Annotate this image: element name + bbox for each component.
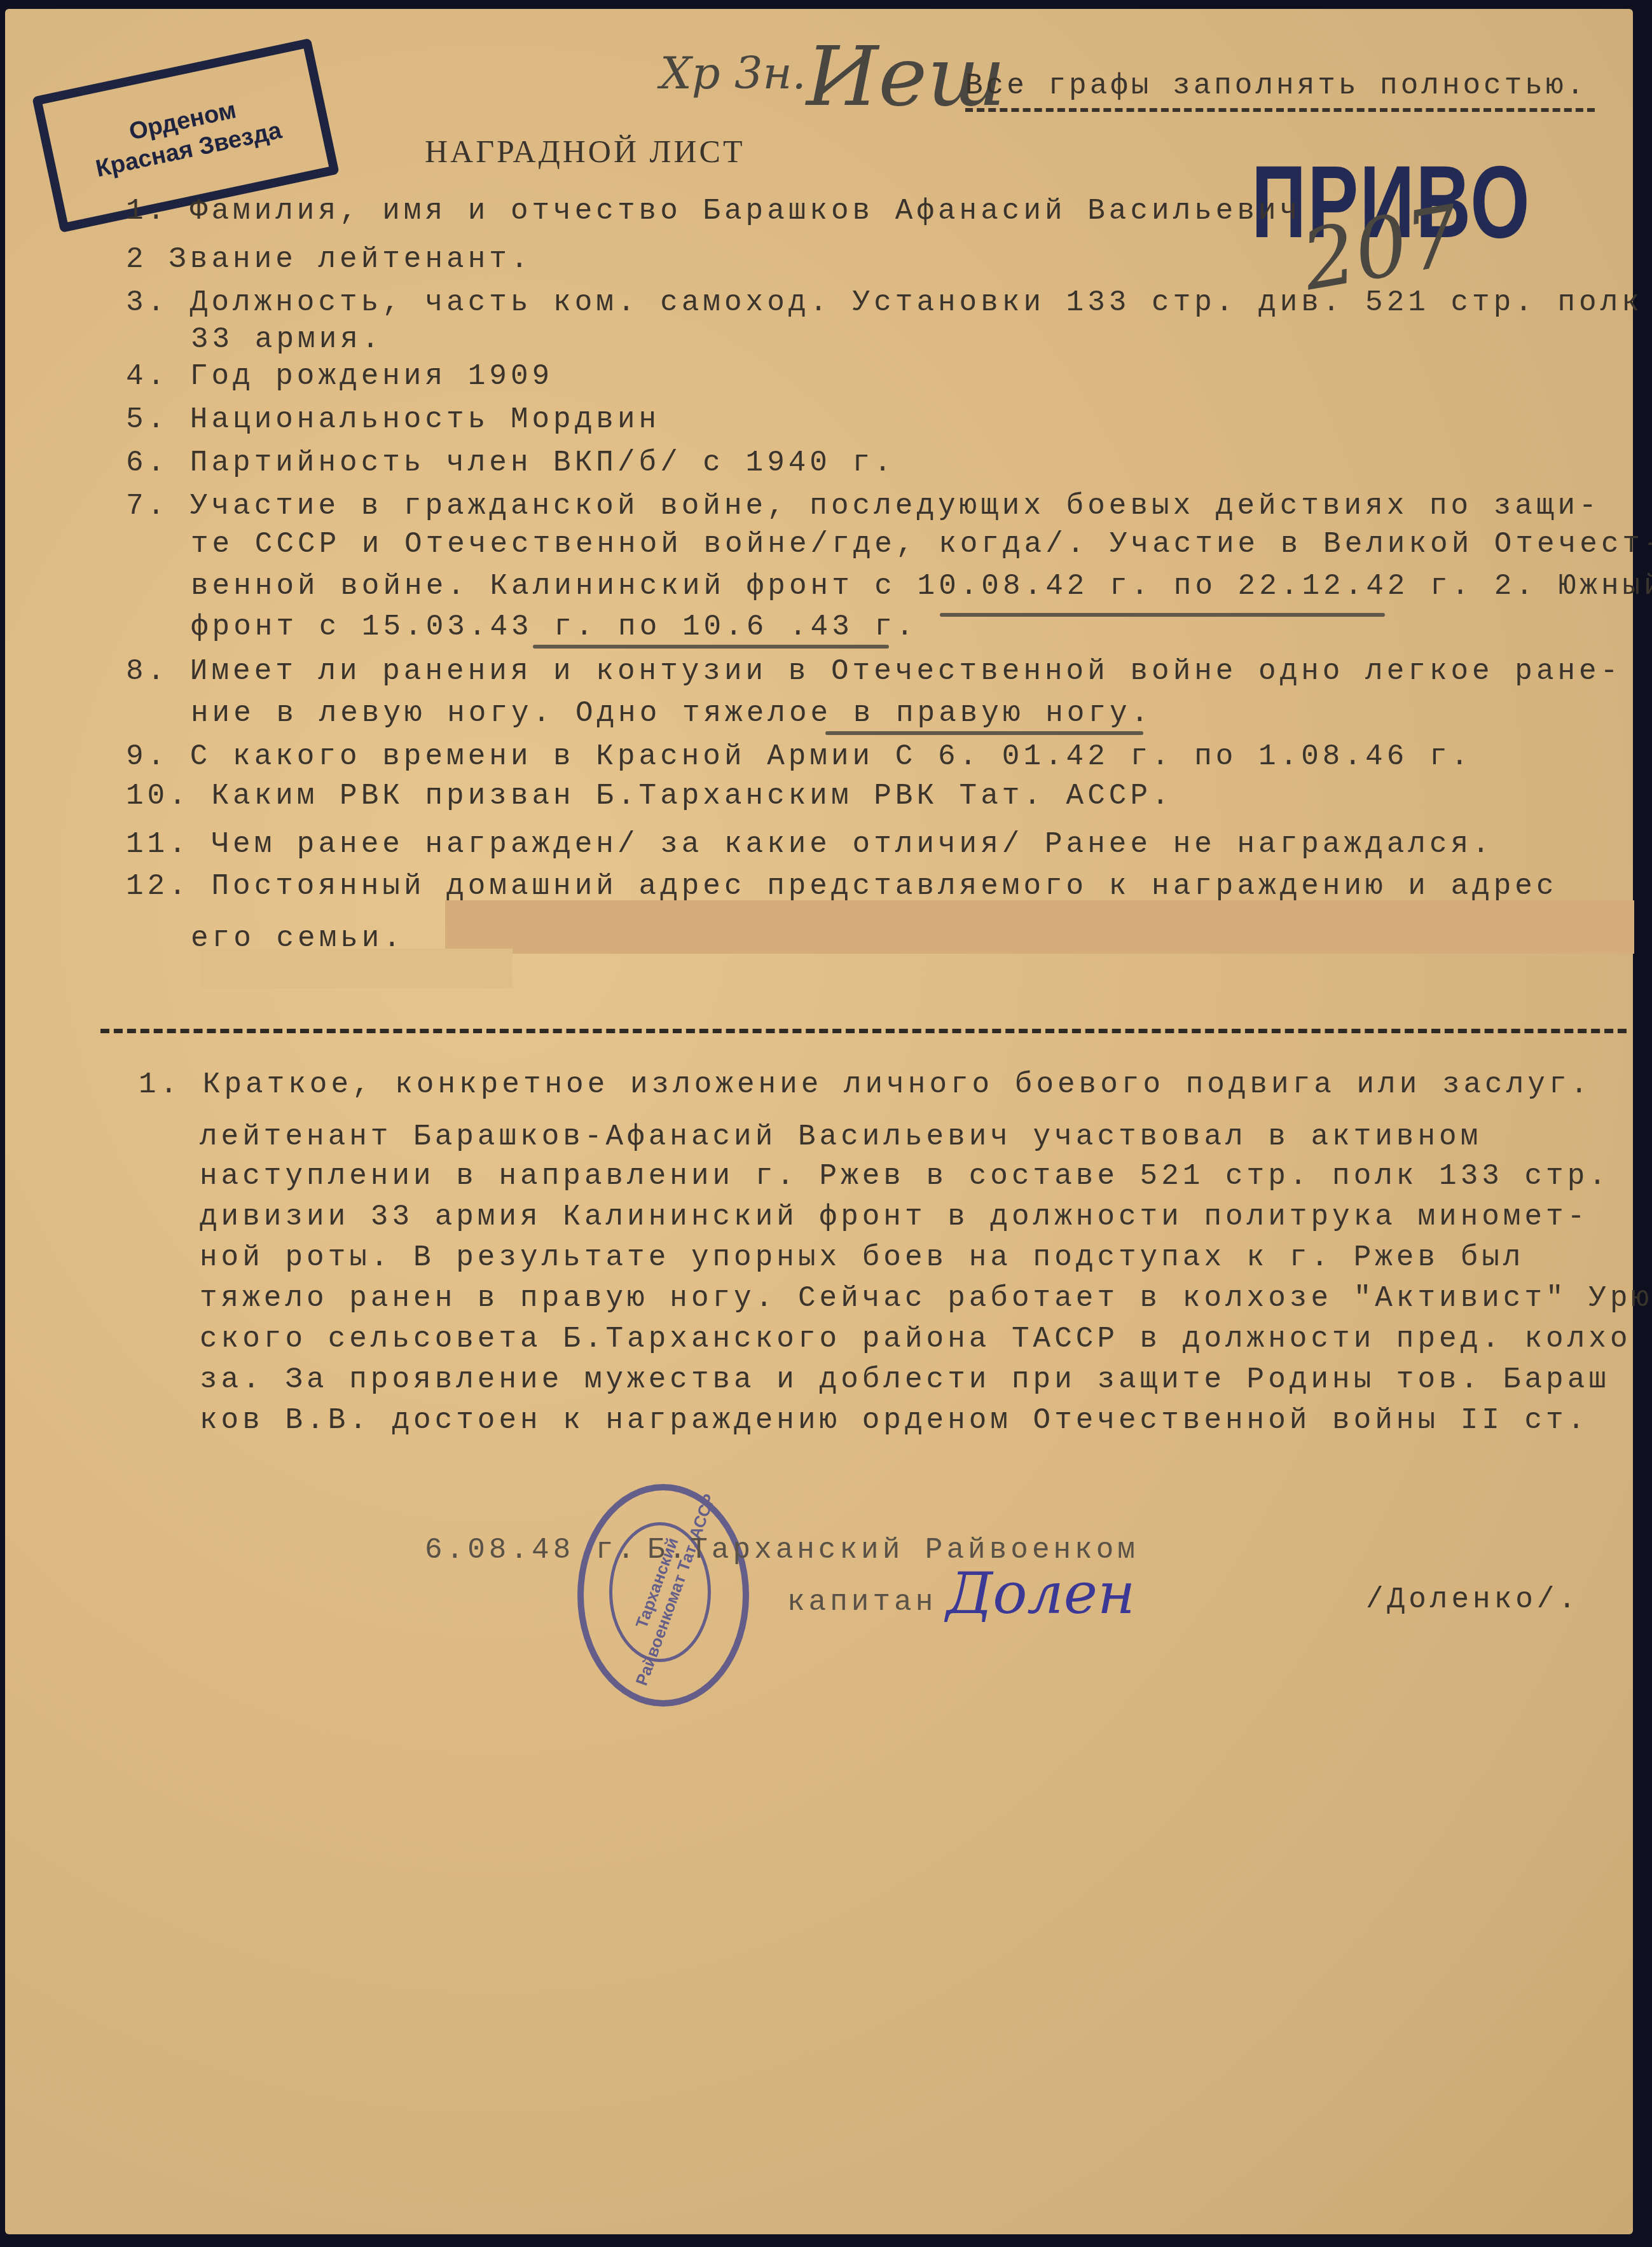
pencil-underline (940, 613, 1385, 617)
pencil-underline (533, 645, 889, 649)
handwritten-signature: Долен (946, 1560, 1135, 1627)
field-7-cont-3: фронт с 15.03.43 г. по 10.6 .43 г. (191, 610, 918, 643)
field-6: 6. Партийность член ВКП/б/ с 1940 г. (126, 446, 895, 479)
field-8: 8. Имеет ли ранения и контузии в Отечест… (126, 655, 1621, 688)
narrative-line: ной роты. В результате упорных боев на п… (200, 1241, 1524, 1274)
redacted-address (445, 900, 1634, 954)
narrative-line: за. За проявление мужества и доблести пр… (200, 1363, 1610, 1396)
narrative-line: наступлении в направлении г. Ржев в сост… (200, 1160, 1610, 1193)
award-sheet-page: Орденом Красная Звезда Хр 3н. Иеш Все гр… (5, 9, 1633, 2234)
section2-heading: 1. Краткое, конкретное изложение личного… (139, 1068, 1592, 1101)
field-1: 1. Фамилия, имя и отчество Барашков Афан… (126, 195, 1301, 228)
signature-date: 6.08.48 г. (425, 1534, 638, 1567)
narrative-line: дивизии 33 армия Калининский фронт в дол… (200, 1200, 1588, 1233)
field-7-cont-2: венной войне. Калининский фронт с 10.08.… (191, 570, 1652, 603)
pencil-underline (825, 731, 1143, 735)
signature-rank: капитан (787, 1586, 937, 1619)
narrative-line: лейтенант Барашков-Афанасий Васильевич у… (200, 1120, 1482, 1153)
field-4: 4. Год рождения 1909 (126, 360, 553, 393)
field-12: 12. Постоянный домашний адрес представля… (126, 870, 1558, 903)
header-dashed-underline (965, 108, 1595, 112)
field-2: 2 Звание лейтенант. (126, 243, 532, 276)
field-9: 9. С какого времени в Красной Армии С 6.… (126, 740, 1472, 773)
section-separator (100, 1029, 1627, 1033)
narrative-line: ского сельсовета Б.Тарханского района ТА… (200, 1323, 1632, 1356)
official-round-seal: Тарханский Райвоенкомат Тат. АССР (577, 1484, 749, 1707)
field-3: 3. Должность, часть ком. самоход. Устано… (126, 286, 1643, 319)
field-3-cont: 33 армия. (191, 323, 383, 356)
handwritten-note: Хр 3н. (660, 47, 806, 99)
field-11: 11. Чем ранее награжден/ за какие отличи… (126, 828, 1494, 861)
header-instruction: Все графы заполнять полностью. (965, 69, 1587, 102)
field-10: 10. Каким РВК призван Б.Тарханским РВК Т… (126, 780, 1173, 813)
field-7: 7. Участие в гражданской войне, последую… (126, 490, 1600, 523)
signatory-name: /Доленко/. (1366, 1583, 1580, 1616)
narrative-line: ков В.В. достоен к награждению орденом О… (200, 1404, 1588, 1437)
field-5: 5. Национальность Мордвин (126, 403, 660, 436)
redacted-address-cont (200, 949, 513, 988)
field-7-cont-1: те СССР и Отечественной войне/где, когда… (191, 528, 1652, 561)
narrative-line: тяжело ранен в правую ногу. Сейчас работ… (200, 1282, 1652, 1315)
document-title: НАГРАДНОЙ ЛИСТ (425, 133, 745, 170)
field-8-cont: ние в левую ногу. Одно тяжелое в правую … (191, 697, 1152, 730)
